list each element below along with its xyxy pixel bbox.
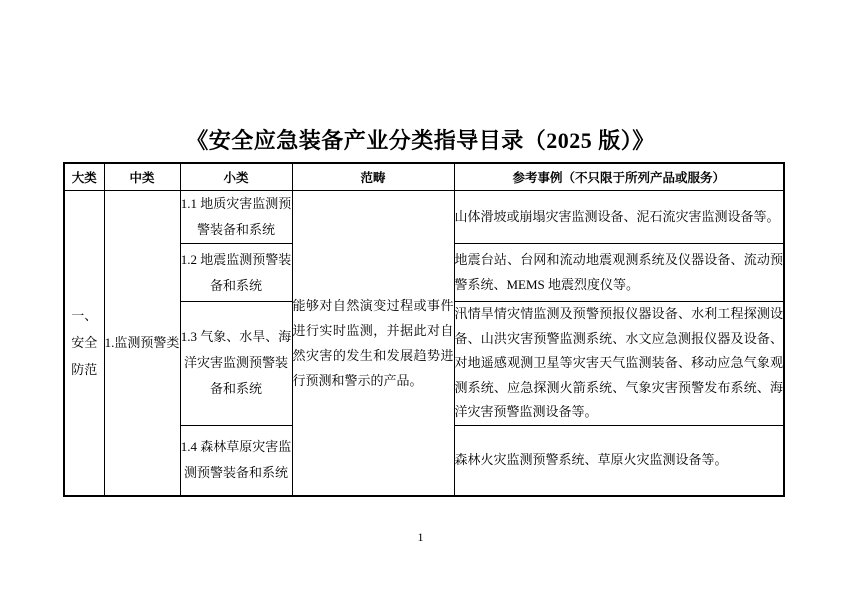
page-title: 《安全应急装备产业分类指导目录（2025 版）》 bbox=[0, 126, 841, 156]
cell-examples-1-2: 地震台站、台网和流动地震观测系统及仪器设备、流动预警系统、MEMS 地震烈度仪等… bbox=[454, 244, 784, 302]
cell-medium-category: 1.监测预警类 bbox=[104, 191, 180, 496]
cell-examples-1-1: 山体滑坡或崩塌灾害监测设备、泥石流灾害监测设备等。 bbox=[454, 191, 784, 244]
table-row: 一、安全防范 1.监测预警类 1.1 地质灾害监测预警装备和系统 能够对自然演变… bbox=[64, 191, 784, 244]
col-header-scope: 范畴 bbox=[292, 163, 454, 191]
cell-examples-1-4: 森林火灾监测预警系统、草原火灾监测设备等。 bbox=[454, 425, 784, 496]
document-page: 《安全应急装备产业分类指导目录（2025 版）》 大类 中类 小类 范畴 参考事… bbox=[0, 0, 841, 595]
cell-examples-1-3: 汛情旱情灾情监测及预警预报仪器设备、水利工程探测设备、山洪灾害预警监测系统、水文… bbox=[454, 302, 784, 426]
page-number: 1 bbox=[0, 529, 841, 545]
catalog-table: 大类 中类 小类 范畴 参考事例（不只限于所列产品或服务） 一、安全防范 1.监… bbox=[63, 162, 785, 497]
col-header-subcategory: 小类 bbox=[180, 163, 292, 191]
cell-major-category: 一、安全防范 bbox=[64, 191, 104, 496]
cell-subcategory-1-1: 1.1 地质灾害监测预警装备和系统 bbox=[180, 191, 292, 244]
cell-scope: 能够对自然演变过程或事件进行实时监测，并据此对自然灾害的发生和发展趋势进行预测和… bbox=[292, 191, 454, 496]
cell-subcategory-1-3: 1.3 气象、水旱、海洋灾害监测预警装备和系统 bbox=[180, 302, 292, 426]
table-header-row: 大类 中类 小类 范畴 参考事例（不只限于所列产品或服务） bbox=[64, 163, 784, 191]
cell-subcategory-1-4: 1.4 森林草原灾害监测预警装备和系统 bbox=[180, 425, 292, 496]
cell-subcategory-1-2: 1.2 地震监测预警装备和系统 bbox=[180, 244, 292, 302]
col-header-medium-category: 中类 bbox=[104, 163, 180, 191]
col-header-major-category: 大类 bbox=[64, 163, 104, 191]
col-header-examples: 参考事例（不只限于所列产品或服务） bbox=[454, 163, 784, 191]
